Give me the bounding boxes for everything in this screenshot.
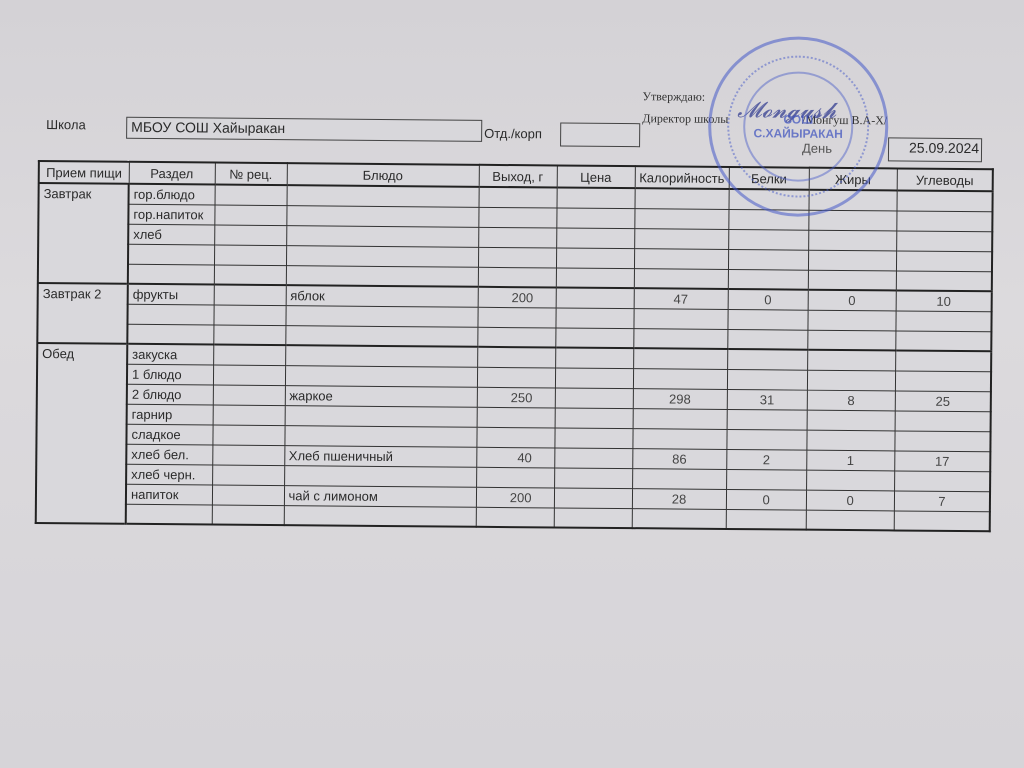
fat-cell: 8 — [807, 390, 895, 411]
carbs-cell — [895, 330, 991, 351]
protein-cell — [728, 249, 808, 270]
yield-cell — [476, 427, 554, 448]
carbs-cell — [896, 250, 992, 271]
carbs-cell — [896, 210, 992, 231]
section-cell: гор.напиток — [128, 204, 214, 225]
recipe-cell — [214, 264, 286, 285]
school-field: МБОУ СОШ Хайыракан — [126, 117, 482, 142]
section-cell — [128, 244, 214, 265]
recipe-cell — [214, 205, 286, 226]
menu-sheet: Школа МБОУ СОШ Хайыракан Отд./корп Утвер… — [0, 0, 1024, 768]
fat-cell — [808, 310, 896, 331]
protein-cell — [727, 429, 807, 450]
yield-cell — [479, 187, 557, 208]
stamp-line-2: С.ХАЙЫРАКАН — [753, 126, 842, 141]
fat-cell — [807, 410, 895, 431]
yield-cell: 40 — [476, 447, 554, 468]
kcal-cell — [633, 308, 727, 329]
col-recipe: № рец. — [215, 163, 287, 186]
dish-cell — [285, 345, 477, 367]
yield-cell — [478, 227, 556, 248]
protein-cell — [728, 229, 808, 250]
fat-cell — [806, 470, 894, 491]
stamp-text: СОШ С.ХАЙЫРАКАН — [753, 112, 843, 141]
section-cell — [127, 304, 213, 325]
price-cell — [554, 487, 632, 508]
dish-cell: чай с лимоном — [284, 485, 476, 507]
carbs-cell: 17 — [894, 450, 990, 471]
meal-cell: Завтрак — [38, 183, 129, 284]
yield-cell — [477, 327, 555, 348]
col-section: Раздел — [129, 162, 215, 185]
price-cell — [556, 267, 634, 288]
section-cell: гор.блюдо — [129, 184, 215, 205]
carbs-cell: 7 — [894, 490, 990, 511]
fat-cell: 0 — [808, 290, 896, 311]
price-cell — [554, 467, 632, 488]
dish-cell — [285, 405, 477, 427]
yield-cell — [478, 207, 556, 228]
fat-cell — [808, 250, 896, 271]
official-stamp: СОШ С.ХАЙЫРАКАН — [707, 36, 889, 218]
recipe-cell — [213, 304, 285, 325]
kcal-cell: 86 — [632, 448, 726, 469]
section-cell: гарнир — [127, 404, 213, 425]
recipe-cell — [214, 225, 286, 246]
section-cell: фрукты — [128, 284, 214, 305]
protein-cell — [728, 309, 808, 330]
yield-cell — [476, 507, 554, 528]
kcal-cell — [633, 328, 727, 349]
yield-cell — [477, 367, 555, 388]
dish-cell: жаркое — [285, 385, 477, 407]
protein-cell — [726, 509, 806, 530]
dept-label: Отд./корп — [484, 126, 542, 142]
col-price: Цена — [557, 165, 635, 188]
kcal-cell — [634, 208, 728, 229]
yield-cell — [476, 467, 554, 488]
col-yield: Выход, г — [479, 165, 557, 188]
fat-cell — [808, 270, 896, 291]
yield-cell — [478, 247, 556, 268]
dish-cell: яблок — [286, 285, 478, 307]
fat-cell — [808, 230, 896, 251]
kcal-cell: 28 — [632, 488, 726, 509]
dish-cell — [285, 305, 477, 327]
protein-cell — [728, 269, 808, 290]
dish-cell — [286, 225, 478, 247]
price-cell — [554, 447, 632, 468]
col-dish: Блюдо — [287, 163, 479, 187]
section-cell: хлеб — [128, 224, 214, 245]
recipe-cell — [214, 284, 286, 305]
section-cell — [128, 264, 214, 285]
carbs-cell — [894, 470, 990, 491]
protein-cell — [727, 409, 807, 430]
col-kcal: Калорийность — [635, 166, 729, 189]
protein-cell — [727, 329, 807, 350]
yield-cell — [477, 407, 555, 428]
section-cell: сладкое — [126, 424, 212, 445]
kcal-cell — [632, 428, 726, 449]
dish-cell — [286, 245, 478, 267]
kcal-cell — [632, 468, 726, 489]
approve-label: Утверждаю: — [642, 89, 705, 105]
dish-cell — [284, 505, 476, 527]
recipe-cell — [213, 344, 285, 365]
dish-cell — [287, 185, 479, 207]
menu-table: Прием пищи Раздел № рец. Блюдо Выход, г … — [35, 160, 994, 532]
carbs-cell — [894, 510, 990, 531]
yield-cell — [478, 267, 556, 288]
dept-field — [560, 123, 640, 148]
kcal-cell — [632, 508, 726, 529]
recipe-cell — [215, 185, 287, 206]
recipe-cell — [212, 464, 284, 485]
price-cell — [556, 227, 634, 248]
protein-cell: 0 — [728, 289, 808, 310]
kcal-cell — [635, 188, 729, 209]
recipe-cell — [213, 364, 285, 385]
price-cell — [556, 287, 634, 308]
fat-cell: 1 — [806, 450, 894, 471]
fat-cell — [806, 510, 894, 531]
recipe-cell — [213, 324, 285, 345]
section-cell — [126, 504, 212, 525]
price-cell — [556, 207, 634, 228]
fat-cell — [807, 330, 895, 351]
price-cell — [555, 407, 633, 428]
price-cell — [556, 247, 634, 268]
recipe-cell — [212, 504, 284, 525]
kcal-cell — [634, 228, 728, 249]
carbs-cell — [896, 230, 992, 251]
kcal-cell: 298 — [633, 388, 727, 409]
carbs-cell — [895, 410, 991, 431]
dish-cell — [285, 325, 477, 347]
recipe-cell — [212, 444, 284, 465]
recipe-cell — [212, 484, 284, 505]
price-cell — [554, 427, 632, 448]
protein-cell — [727, 349, 807, 370]
carbs-cell: 10 — [896, 290, 992, 311]
kcal-cell — [634, 268, 728, 289]
section-cell: хлеб бел. — [126, 444, 212, 465]
section-cell: напиток — [126, 484, 212, 505]
fat-cell: 0 — [806, 490, 894, 511]
fat-cell — [807, 430, 895, 451]
col-meal: Прием пищи — [39, 161, 129, 184]
yield-cell: 200 — [476, 487, 554, 508]
stamp-line-1: СОШ — [754, 112, 843, 127]
yield-cell — [477, 307, 555, 328]
carbs-cell — [897, 190, 993, 211]
menu-body: Завтракгор.блюдогор.напитокхлебЗавтрак 2… — [36, 183, 993, 531]
yield-cell: 200 — [478, 287, 556, 308]
carbs-cell — [895, 350, 991, 371]
dish-cell — [286, 205, 478, 227]
dish-cell — [285, 365, 477, 387]
protein-cell — [726, 469, 806, 490]
price-cell — [555, 347, 633, 368]
yield-cell: 250 — [477, 387, 555, 408]
carbs-cell — [895, 430, 991, 451]
dish-cell — [284, 425, 476, 447]
recipe-cell — [213, 404, 285, 425]
price-cell — [557, 187, 635, 208]
dish-cell — [286, 265, 478, 287]
protein-cell: 0 — [726, 489, 806, 510]
protein-cell: 2 — [726, 449, 806, 470]
section-cell: закуска — [127, 344, 213, 365]
yield-cell — [477, 347, 555, 368]
price-cell — [555, 307, 633, 328]
day-field: 25.09.2024 — [888, 137, 982, 162]
meal-cell: Обед — [36, 343, 128, 524]
section-cell: хлеб черн. — [126, 464, 212, 485]
meal-cell: Завтрак 2 — [37, 283, 128, 344]
recipe-cell — [213, 384, 285, 405]
school-label: Школа — [46, 117, 86, 132]
dish-cell: Хлеб пшеничный — [284, 445, 476, 467]
fat-cell — [807, 350, 895, 371]
section-cell — [127, 324, 213, 345]
col-carbs: Углеводы — [897, 168, 993, 191]
price-cell — [555, 327, 633, 348]
recipe-cell — [214, 245, 286, 266]
dish-cell — [284, 465, 476, 487]
price-cell — [554, 507, 632, 528]
fat-cell — [807, 370, 895, 391]
protein-cell: 31 — [727, 389, 807, 410]
kcal-cell — [633, 408, 727, 429]
kcal-cell — [634, 248, 728, 269]
carbs-cell: 25 — [895, 390, 991, 411]
recipe-cell — [212, 424, 284, 445]
price-cell — [555, 387, 633, 408]
kcal-cell: 47 — [634, 288, 728, 309]
kcal-cell — [633, 368, 727, 389]
price-cell — [555, 367, 633, 388]
protein-cell — [727, 369, 807, 390]
carbs-cell — [896, 270, 992, 291]
carbs-cell — [896, 310, 992, 331]
section-cell: 1 блюдо — [127, 364, 213, 385]
carbs-cell — [895, 370, 991, 391]
kcal-cell — [633, 348, 727, 369]
section-cell: 2 блюдо — [127, 384, 213, 405]
